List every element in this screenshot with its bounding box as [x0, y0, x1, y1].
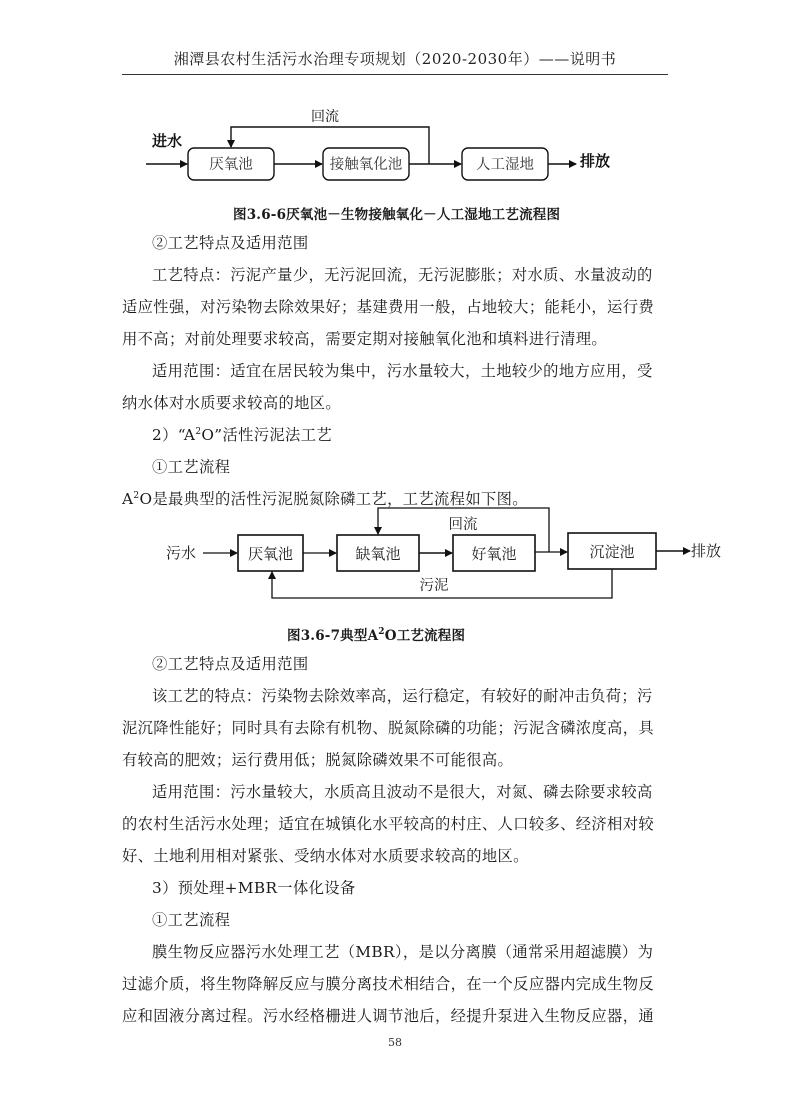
fig2-node-label: 沉淀池 [589, 543, 634, 561]
paragraph-line: 的农村生活污水处理；适宜在城镇化水平较高的村庄、人口较多、经济相对较 [122, 815, 668, 834]
fig1-recycle-label: 回流 [311, 108, 339, 125]
fig1-node-label: 接触氧化池 [330, 156, 403, 173]
section-heading: ②工艺特点及适用范围 [152, 234, 668, 253]
fig1-node-label: 厌氧池 [209, 156, 253, 173]
paragraph-line: 膜生物反应器污水处理工艺（MBR），是以分离膜（通常采用超滤膜）为 [152, 943, 668, 962]
fig2-output-label: 排放 [691, 542, 721, 560]
paragraph-line: 有较高的肥效；运行费用低；脱氮除磷效果不可能很高。 [122, 751, 668, 770]
fig2-node-label: 缺氧池 [355, 545, 400, 563]
paragraph-line: 纳水体对水质要求较高的地区。 [122, 394, 668, 413]
section-heading-mbr: 3）预处理+MBR一体化设备 [152, 879, 668, 898]
paragraph-line: 适用范围：适宜在居民较为集中，污水量较大，土地较少的地方应用，受 [152, 362, 668, 381]
fig2-node-label: 厌氧池 [248, 545, 293, 563]
figure-2-caption: 图3.6-7典型A2O工艺流程图 [287, 624, 465, 644]
fig2-input-label: 污水 [166, 544, 196, 562]
section-subheading: ①工艺流程 [152, 911, 668, 930]
fig1-input-label: 进水 [151, 132, 182, 150]
fig2-sludge-label: 污泥 [420, 577, 449, 594]
paragraph-line: 用不高；对前处理要求较高，需要定期对接触氧化池和填料进行清理。 [122, 330, 668, 349]
paragraph-line: 工艺特点：污泥产量少，无污泥回流，无污泥膨胀；对水质、水量波动的 [152, 266, 668, 285]
fig2-node-label: 好氧池 [471, 545, 516, 563]
section-heading: ②工艺特点及适用范围 [152, 655, 668, 674]
paragraph-line: 适应性强，对污染物去除效果好；基建费用一般，占地较大；能耗小，运行费 [122, 298, 668, 317]
fig1-node-label: 人工湿地 [476, 156, 534, 173]
figure-1-flow-diagram: 进水 厌氧池 接触氧化池 回流 人工湿地 排放 [0, 0, 790, 200]
fig1-output-label: 排放 [580, 152, 610, 170]
figure-1-caption: 图3.6-6厌氧池－生物接触氧化－人工湿地工艺流程图 [233, 203, 560, 223]
fig2-node-aerobic [453, 535, 535, 571]
fig2-recycle-label: 回流 [449, 516, 478, 533]
paragraph-line: 适用范围：污水量较大，水质高且波动不是很大，对氮、磷去除要求较高 [152, 783, 668, 802]
paragraph-line: 好、土地利用相对紧张、受纳水体对水质要求较高的地区。 [122, 847, 668, 866]
fig2-node-anaerobic [238, 535, 303, 571]
page-number: 58 [380, 1036, 410, 1049]
paragraph-line: 过滤介质，将生物降解反应与膜分离技术相结合，在一个反应器内完成生物反 [122, 975, 668, 994]
fig2-node-anoxic [337, 535, 419, 571]
section-heading-a2o: 2）“A2O”活性污泥法工艺 [152, 426, 668, 445]
paragraph-line: 应和固液分离过程。污水经格栅进人调节池后，经提升泵进入生物反应器，通 [122, 1007, 668, 1026]
paragraph-line: A2O是最典型的活性污泥脱氮除磷工艺，工艺流程如下图。 [122, 490, 668, 509]
section-subheading: ①工艺流程 [152, 458, 668, 477]
paragraph-line: 该工艺的特点：污染物去除效率高，运行稳定，有较好的耐冲击负荷；污 [152, 687, 668, 706]
fig2-node-clarifier [568, 533, 656, 569]
paragraph-line: 泥沉降性能好；同时具有去除有机物、脱氮除磷的功能；污泥含磷浓度高，具 [122, 719, 668, 738]
